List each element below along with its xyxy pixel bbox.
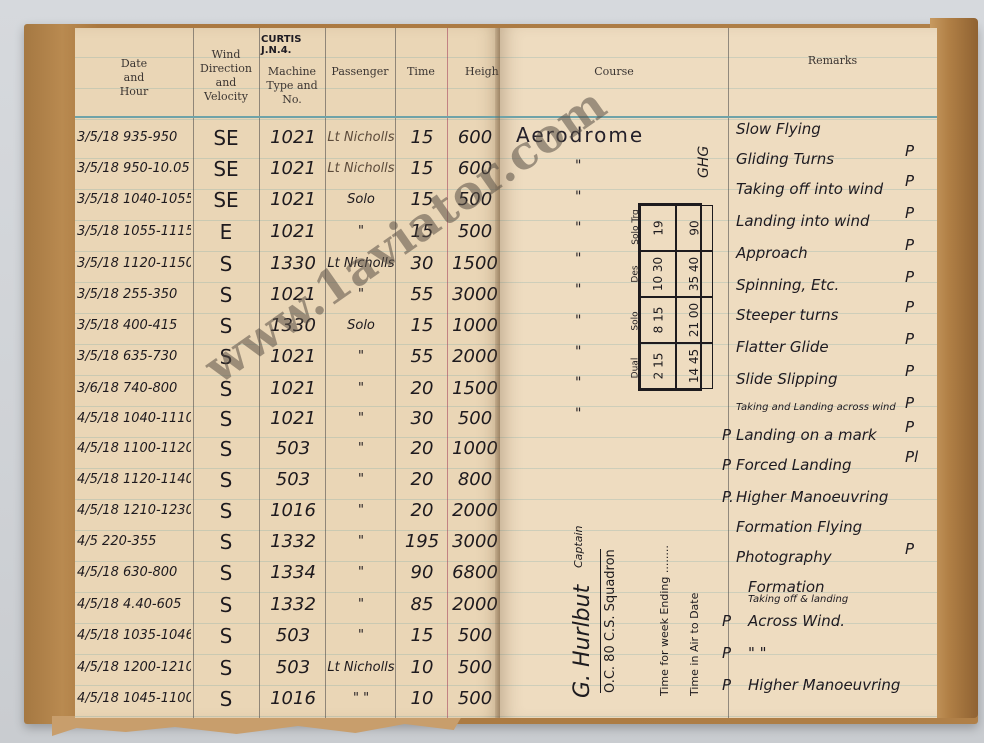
- entry-wind: S: [195, 495, 257, 526]
- entry-wind: S: [195, 341, 257, 372]
- entry-machine: 1332: [261, 526, 325, 557]
- left-pass-mark: P: [722, 456, 731, 474]
- entry-passenger: Solo: [327, 184, 395, 215]
- course-initials: GHG: [696, 146, 712, 178]
- course-ditto-mark: ": [575, 282, 581, 298]
- entry-passenger: ": [327, 557, 395, 588]
- tally-cell: 2 15: [651, 353, 665, 380]
- entry-machine: 1016: [261, 683, 325, 714]
- entry-wind: SE: [195, 153, 257, 184]
- entry-height: 3000: [450, 526, 500, 557]
- tally-cell: 90: [688, 220, 702, 235]
- entry-date-hour: 3/5/18 255-350: [77, 279, 191, 310]
- entry-machine: 1021: [261, 373, 325, 404]
- entry-wind: S: [195, 403, 257, 434]
- entry-wind: S: [195, 526, 257, 557]
- entry-time: 20: [397, 464, 447, 495]
- entry-wind: S: [195, 589, 257, 620]
- entry-time: 20: [397, 433, 447, 464]
- entry-height: 500: [450, 403, 500, 434]
- header-rule: [75, 116, 500, 118]
- entry-machine: 1021: [261, 403, 325, 434]
- entry-date-hour: 4/5/18 4.40-605: [77, 589, 191, 620]
- entry-height: 2000: [450, 589, 500, 620]
- remark-text: Landing on a mark: [736, 426, 877, 444]
- entry-machine: 1330: [261, 310, 325, 341]
- log-entry-row: 3/5/18 635-730S1021"552000: [75, 341, 500, 372]
- remark-text: Landing into wind: [736, 212, 870, 230]
- time-for-week-label: Time for week Ending ........: [658, 545, 671, 696]
- entry-machine: 1021: [261, 184, 325, 215]
- pass-mark: P: [905, 362, 914, 380]
- machine-type-note: CURTIS J.N.4.: [261, 34, 301, 56]
- entry-wind: S: [195, 557, 257, 588]
- entry-machine: 503: [261, 652, 325, 683]
- entry-height: 500: [450, 184, 500, 215]
- entry-wind: SE: [195, 122, 257, 153]
- log-entry-row: 4/5/18 1100-1120S503"201000: [75, 433, 500, 464]
- entry-time: 55: [397, 279, 447, 310]
- entry-date-hour: 3/5/18 950-10.05: [77, 153, 191, 184]
- header-rule: [500, 116, 937, 118]
- squadron-designation: O.C. 80 C.S. Squadron: [600, 549, 618, 693]
- entry-passenger: ": [327, 495, 395, 526]
- entry-passenger: ": [327, 620, 395, 651]
- pass-mark: P: [905, 298, 914, 316]
- remark-text: Steeper turns: [736, 306, 838, 324]
- log-entry-row: 4/5/18 1035-1046S503"15500: [75, 620, 500, 651]
- entry-date-hour: 3/5/18 635-730: [77, 341, 191, 372]
- entry-time: 30: [397, 403, 447, 434]
- log-entry-row: 4/5/18 1200-1210S503Lt Nicholls10500: [75, 652, 500, 683]
- header-wind: Wind Direction and Velocity: [193, 28, 259, 116]
- log-entry-row: 4/5/18 1210-1230S1016"202000: [75, 495, 500, 526]
- entry-date-hour: 4/5 220-355: [77, 526, 191, 557]
- course-ditto-mark: ": [575, 313, 581, 329]
- entry-date-hour: 4/5/18 1045-1100: [77, 683, 191, 714]
- entry-time: 15: [397, 310, 447, 341]
- remark-text: Across Wind.: [748, 612, 845, 630]
- entry-time: 90: [397, 557, 447, 588]
- left-page: Date and Hour Wind Direction and Velocit…: [75, 28, 500, 718]
- remark-text: Higher Manoeuvring: [736, 488, 888, 506]
- entry-time: 20: [397, 495, 447, 526]
- entry-height: 600: [450, 122, 500, 153]
- entry-machine: 1021: [261, 216, 325, 247]
- header-passenger: Passenger: [325, 28, 395, 116]
- entry-wind: E: [195, 216, 257, 247]
- remark-text: Photography: [736, 548, 832, 566]
- left-pass-mark: P: [722, 676, 731, 694]
- entry-height: 1500: [450, 373, 500, 404]
- remark-text: Spinning, Etc.: [736, 276, 839, 294]
- remark-text: Gliding Turns: [736, 150, 834, 168]
- remark-text: Forced Landing: [736, 456, 852, 474]
- entry-wind: S: [195, 652, 257, 683]
- entry-height: 2000: [450, 495, 500, 526]
- entry-time: 10: [397, 652, 447, 683]
- entry-passenger: Lt Nicholls: [327, 122, 395, 153]
- entry-passenger: ": [327, 373, 395, 404]
- entry-date-hour: 4/5/18 1200-1210: [77, 652, 191, 683]
- entry-time: 15: [397, 122, 447, 153]
- entry-time: 15: [397, 216, 447, 247]
- log-entry-row: 3/5/18 1055-1115E1021"15500: [75, 216, 500, 247]
- torn-page-edge: [52, 716, 462, 736]
- entry-passenger: ": [327, 279, 395, 310]
- entry-height: 1000: [450, 310, 500, 341]
- entry-wind: S: [195, 248, 257, 279]
- tally-cell: 35 40: [688, 257, 702, 291]
- header-date-hour: Date and Hour: [75, 28, 193, 116]
- pass-mark: P: [905, 394, 914, 412]
- entry-machine: 1021: [261, 279, 325, 310]
- log-entry-row: 4/5/18 1045-1100S1016" "10500: [75, 683, 500, 714]
- entry-date-hour: 4/5/18 1040-1110: [77, 403, 191, 434]
- course-ditto-mark: ": [575, 375, 581, 391]
- pass-mark: P: [905, 236, 914, 254]
- signature-title: Captain: [572, 526, 585, 569]
- entry-machine: 1332: [261, 589, 325, 620]
- log-entry-row: 3/5/18 255-350S1021"553000: [75, 279, 500, 310]
- tally-cell: 10 30: [651, 257, 665, 291]
- log-entry-row: 3/5/18 950-10.05SE1021Lt Nicholls15600: [75, 153, 500, 184]
- log-entry-row: 4/5 220-355S1332"1953000: [75, 526, 500, 557]
- entry-height: 1000: [450, 433, 500, 464]
- entry-height: 500: [450, 652, 500, 683]
- log-entry-row: 4/5/18 1120-1140S503"20800: [75, 464, 500, 495]
- remark-text: Slide Slipping: [736, 370, 837, 388]
- header-remarks: Remarks: [728, 28, 937, 116]
- pass-mark: P: [905, 172, 914, 190]
- pass-mark: P: [905, 204, 914, 222]
- log-entry-row: 3/6/18 740-800S1021"201500: [75, 373, 500, 404]
- entry-date-hour: 3/5/18 400-415: [77, 310, 191, 341]
- entry-time: 10: [397, 683, 447, 714]
- right-page: Course Remarks Aerodrome GHG """"""""" S…: [500, 28, 937, 718]
- entry-machine: 1334: [261, 557, 325, 588]
- entry-time: 15: [397, 153, 447, 184]
- entry-date-hour: 3/6/18 740-800: [77, 373, 191, 404]
- pass-mark: P: [905, 540, 914, 558]
- entry-height: 1500: [450, 248, 500, 279]
- entry-machine: 1330: [261, 248, 325, 279]
- pass-mark: P: [905, 142, 914, 160]
- entry-wind: S: [195, 620, 257, 651]
- entry-height: 800: [450, 464, 500, 495]
- entry-wind: S: [195, 310, 257, 341]
- entry-wind: S: [195, 373, 257, 404]
- entry-passenger: ": [327, 216, 395, 247]
- pass-mark: P: [905, 418, 914, 436]
- entry-height: 3000: [450, 279, 500, 310]
- entry-machine: 503: [261, 620, 325, 651]
- entry-date-hour: 4/5/18 1100-1120: [77, 433, 191, 464]
- left-pass-mark: P: [722, 612, 731, 630]
- entry-machine: 503: [261, 433, 325, 464]
- tally-cell: 14 45: [688, 349, 702, 383]
- log-entry-row: 3/5/18 400-415S1330Solo151000: [75, 310, 500, 341]
- header-course: Course: [500, 28, 728, 116]
- entry-date-hour: 4/5/18 1210-1230: [77, 495, 191, 526]
- entry-date-hour: 3/5/18 1040-1055: [77, 184, 191, 215]
- entry-height: 500: [450, 216, 500, 247]
- entry-passenger: Lt Nicholls: [327, 248, 395, 279]
- entry-machine: 1021: [261, 153, 325, 184]
- entry-height: 500: [450, 683, 500, 714]
- entry-time: 195: [397, 526, 447, 557]
- course-ditto-mark: ": [575, 344, 581, 360]
- entry-wind: S: [195, 464, 257, 495]
- entry-date-hour: 3/5/18 1055-1115: [77, 216, 191, 247]
- entry-passenger: ": [327, 526, 395, 557]
- entry-wind: S: [195, 683, 257, 714]
- tally-labels: Solo Trg Des Solo Dual: [618, 203, 636, 391]
- entry-time: 30: [397, 248, 447, 279]
- remark-text: Higher Manoeuvring: [748, 676, 900, 694]
- remark-text: Taking off into wind: [736, 180, 883, 198]
- entry-machine: 503: [261, 464, 325, 495]
- left-pass-mark: P: [722, 426, 731, 444]
- commander-signature: G. Hurlbut: [570, 585, 595, 698]
- tally-cell: 21 00: [688, 303, 702, 337]
- entry-machine: 1021: [261, 341, 325, 372]
- course-ditto-mark: ": [575, 406, 581, 422]
- entry-passenger: ": [327, 403, 395, 434]
- entry-date-hour: 3/5/18 935-950: [77, 122, 191, 153]
- entry-passenger: ": [327, 589, 395, 620]
- entry-passenger: Lt Nicholls: [327, 652, 395, 683]
- pass-mark: Pl: [905, 448, 918, 466]
- course-ditto-mark: ": [575, 158, 581, 174]
- remark-text: " ": [748, 644, 767, 662]
- entry-wind: SE: [195, 184, 257, 215]
- entry-passenger: Solo: [327, 310, 395, 341]
- tally-cell: 8 15: [651, 307, 665, 334]
- entry-date-hour: 4/5/18 1120-1140: [77, 464, 191, 495]
- remark-text: Taking off & landing: [748, 594, 848, 605]
- remark-text: Flatter Glide: [736, 338, 829, 356]
- header-time: Time: [395, 28, 447, 116]
- course-ditto-mark: ": [575, 220, 581, 236]
- entry-wind: S: [195, 279, 257, 310]
- entry-height: 6800: [450, 557, 500, 588]
- entry-machine: 1021: [261, 122, 325, 153]
- left-pass-mark: P: [722, 644, 731, 662]
- log-entry-row: 3/5/18 1040-1055SE1021Solo15500: [75, 184, 500, 215]
- entry-height: 600: [450, 153, 500, 184]
- course-ditto-mark: ": [575, 251, 581, 267]
- remark-text: Approach: [736, 244, 808, 262]
- log-entry-row: 3/5/18 1120-1150S1330Lt Nicholls301500: [75, 248, 500, 279]
- time-to-date-label: Time in Air to Date: [688, 593, 701, 696]
- log-entry-row: 4/5/18 4.40-605S1332"852000: [75, 589, 500, 620]
- log-entry-row: 4/5/18 1040-1110S1021"30500: [75, 403, 500, 434]
- entry-time: 15: [397, 620, 447, 651]
- entry-date-hour: 4/5/18 1035-1046: [77, 620, 191, 651]
- remark-text: Slow Flying: [736, 120, 821, 138]
- entry-time: 20: [397, 373, 447, 404]
- left-pass-mark: P.: [722, 488, 734, 506]
- cover-edge: [930, 18, 978, 718]
- entry-passenger: ": [327, 464, 395, 495]
- entry-height: 2000: [450, 341, 500, 372]
- entry-passenger: ": [327, 433, 395, 464]
- entry-passenger: " ": [327, 683, 395, 714]
- log-entry-row: 3/5/18 935-950SE1021Lt Nicholls15600: [75, 122, 500, 153]
- entry-passenger: Lt Nicholls: [327, 153, 395, 184]
- course-ditto-mark: ": [575, 189, 581, 205]
- entry-time: 85: [397, 589, 447, 620]
- remark-text: Formation Flying: [736, 518, 862, 536]
- remark-text: Taking and Landing across wind: [736, 402, 896, 413]
- entry-height: 500: [450, 620, 500, 651]
- tally-cell: 19: [651, 220, 665, 235]
- entry-passenger: ": [327, 341, 395, 372]
- entry-time: 55: [397, 341, 447, 372]
- pass-mark: P: [905, 268, 914, 286]
- entry-machine: 1016: [261, 495, 325, 526]
- entry-wind: S: [195, 433, 257, 464]
- flight-time-tally-box: 19 90 10 30 35 40 8 15 21 00 2 15 14 45: [638, 203, 702, 391]
- entry-date-hour: 4/5/18 630-800: [77, 557, 191, 588]
- pass-mark: P: [905, 330, 914, 348]
- log-entry-row: 4/5/18 630-800S1334"906800: [75, 557, 500, 588]
- course-aerodrome: Aerodrome: [516, 123, 644, 147]
- entry-time: 15: [397, 184, 447, 215]
- entry-date-hour: 3/5/18 1120-1150: [77, 248, 191, 279]
